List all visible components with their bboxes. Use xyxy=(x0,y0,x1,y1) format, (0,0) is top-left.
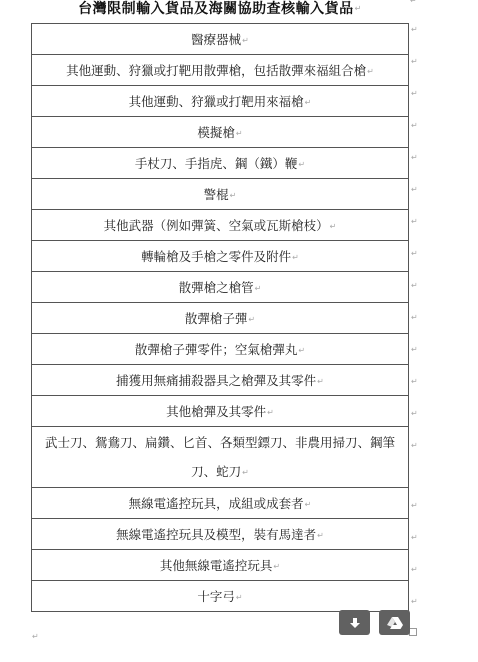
table-row: 轉輪槍及手槍之零件及附件↵ xyxy=(32,241,409,272)
table-row: 其他運動、狩獵或打靶用散彈槍，包括散彈來福組合槍↵ xyxy=(32,55,409,86)
table-cell: 其他運動、狩獵或打靶用散彈槍，包括散彈來福組合槍↵ xyxy=(32,55,409,86)
row-end-mark: ↵ xyxy=(411,25,418,34)
row-end-mark: ↵ xyxy=(411,89,418,98)
table-resize-handle[interactable] xyxy=(409,628,417,636)
row-end-mark: ↵ xyxy=(411,501,418,510)
table-row: 警棍↵ xyxy=(32,179,409,210)
row-end-mark: ↵ xyxy=(411,185,418,194)
table-cell: 手杖刀、手指虎、鋼（鐵）鞭↵ xyxy=(32,148,409,179)
table-cell: 醫療器械↵ xyxy=(32,24,409,55)
row-end-mark: ↵ xyxy=(411,345,418,354)
table-row: 散彈槍之槍管↵ xyxy=(32,272,409,303)
table-cell: 模擬槍↵ xyxy=(32,117,409,148)
paragraph-mark: ↵ xyxy=(32,632,39,641)
title-text: 台灣限制輸入貨品及海關協助查核輸入貨品 xyxy=(78,1,354,17)
table-cell: 無線電遙控玩具及模型，裝有馬達者↵ xyxy=(32,519,409,550)
row-end-mark: ↵ xyxy=(411,249,418,258)
row-end-mark: ↵ xyxy=(411,121,418,130)
table-row: 無線電遙控玩具及模型，裝有馬達者↵ xyxy=(32,519,409,550)
row-end-mark: ↵ xyxy=(411,533,418,542)
table-row: 捕獲用無痛捕殺器具之槍彈及其零件↵ xyxy=(32,365,409,396)
table-cell: 十字弓↵ xyxy=(32,581,409,612)
table-cell: 轉輪槍及手槍之零件及附件↵ xyxy=(32,241,409,272)
paragraph-mark: ↵ xyxy=(355,4,362,13)
download-arrow-icon xyxy=(349,617,361,629)
table-row: 手杖刀、手指虎、鋼（鐵）鞭↵ xyxy=(32,148,409,179)
restricted-goods-table: 醫療器械↵ 其他運動、狩獵或打靶用散彈槍，包括散彈來福組合槍↵ 其他運動、狩獵或… xyxy=(31,23,409,612)
table-cell: 其他槍彈及其零件↵ xyxy=(32,396,409,427)
row-end-mark: ↵ xyxy=(411,313,418,322)
table-row: 散彈槍子彈零件；空氣槍彈丸↵ xyxy=(32,334,409,365)
table-row: 醫療器械↵ xyxy=(32,24,409,55)
row-end-mark: ↵ xyxy=(411,565,418,574)
table-cell: 無線電遙控玩具，成組或成套者↵ xyxy=(32,488,409,519)
google-drive-icon xyxy=(387,616,403,630)
table-row: 無線電遙控玩具，成組或成套者↵ xyxy=(32,488,409,519)
table-row: 十字弓↵ xyxy=(32,581,409,612)
table-row: 其他運動、狩獵或打靶用來福槍↵ xyxy=(32,86,409,117)
document-title: 台灣限制輸入貨品及海關協助查核輸入貨品↵ xyxy=(0,0,440,18)
row-end-mark: ↵ xyxy=(411,409,418,418)
table-cell: 捕獲用無痛捕殺器具之槍彈及其零件↵ xyxy=(32,365,409,396)
table-row: 散彈槍子彈↵ xyxy=(32,303,409,334)
paragraph-mark: ↵ xyxy=(410,0,417,5)
table-cell: 散彈槍之槍管↵ xyxy=(32,272,409,303)
table-cell: 警棍↵ xyxy=(32,179,409,210)
save-to-drive-button[interactable] xyxy=(379,610,410,635)
table-cell: 其他運動、狩獵或打靶用來福槍↵ xyxy=(32,86,409,117)
row-end-mark: ↵ xyxy=(411,57,418,66)
table-row: 其他槍彈及其零件↵ xyxy=(32,396,409,427)
table-cell: 其他無線電遙控玩具↵ xyxy=(32,550,409,581)
table-row: 模擬槍↵ xyxy=(32,117,409,148)
table-row: 其他武器（例如彈簧、空氣或瓦斯槍枝）↵ xyxy=(32,210,409,241)
table-row: 武士刀、鴛鴦刀、扁鑽、匕首、各類型鏢刀、非農用掃刀、鋼筆刀、蛇刀↵ xyxy=(32,427,409,488)
table-cell: 散彈槍子彈零件；空氣槍彈丸↵ xyxy=(32,334,409,365)
table-cell: 散彈槍子彈↵ xyxy=(32,303,409,334)
table-row: 其他無線電遙控玩具↵ xyxy=(32,550,409,581)
row-end-mark: ↵ xyxy=(411,281,418,290)
row-end-mark: ↵ xyxy=(411,217,418,226)
row-end-mark: ↵ xyxy=(411,597,418,606)
row-end-mark: ↵ xyxy=(411,153,418,162)
row-end-mark: ↵ xyxy=(411,441,418,450)
download-button[interactable] xyxy=(339,610,370,635)
table-cell: 其他武器（例如彈簧、空氣或瓦斯槍枝）↵ xyxy=(32,210,409,241)
table-cell: 武士刀、鴛鴦刀、扁鑽、匕首、各類型鏢刀、非農用掃刀、鋼筆刀、蛇刀↵ xyxy=(32,427,409,488)
row-end-mark: ↵ xyxy=(411,377,418,386)
